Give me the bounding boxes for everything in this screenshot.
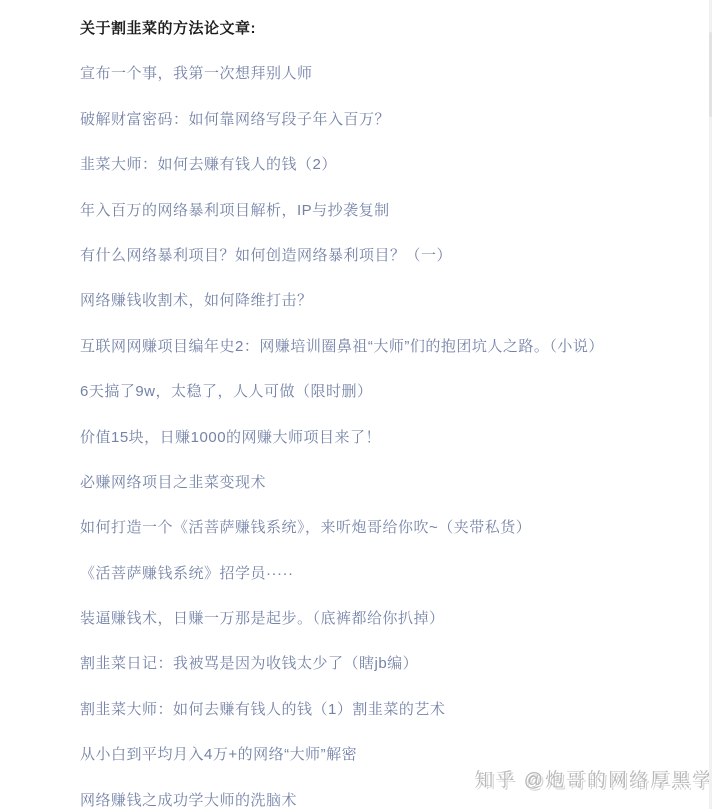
article-link[interactable]: 有什么网络暴利项目？如何创造网络暴利项目？（一） — [80, 246, 700, 266]
article-body: 关于割韭菜的方法论文章: 宣布一个事，我第一次想拜别人师破解财富密码：如何靠网络… — [0, 0, 700, 809]
article-link[interactable]: 年入百万的网络暴利项目解析，IP与抄袭复制 — [80, 201, 700, 221]
scrollbar-track[interactable] — [709, 0, 712, 809]
scrollbar-thumb[interactable] — [709, 32, 712, 117]
article-link[interactable]: 网络赚钱之成功学大师的洗脑术 — [80, 791, 700, 809]
article-link[interactable]: 6天搞了9w，太稳了，人人可做（限时删） — [80, 382, 700, 402]
article-link[interactable]: 价值15块，日赚1000的网赚大师项目来了！ — [80, 428, 700, 448]
article-link[interactable]: 从小白到平均月入4万+的网络“大师”解密 — [80, 745, 700, 765]
article-link[interactable]: 装逼赚钱术，日赚一万那是起步。（底裤都给你扒掉） — [80, 609, 700, 629]
article-link[interactable]: 《活菩萨赚钱系统》招学员····· — [80, 564, 700, 584]
article-link[interactable]: 割韭菜日记：我被骂是因为收钱太少了（瞎jb编） — [80, 654, 700, 674]
article-link[interactable]: 破解财富密码：如何靠网络写段子年入百万？ — [80, 110, 700, 130]
article-link-list: 宣布一个事，我第一次想拜别人师破解财富密码：如何靠网络写段子年入百万？韭菜大师：… — [80, 64, 700, 809]
article-link[interactable]: 宣布一个事，我第一次想拜别人师 — [80, 64, 700, 84]
article-link[interactable]: 网络赚钱收割术，如何降维打击？ — [80, 291, 700, 311]
section-heading: 关于割韭菜的方法论文章: — [80, 19, 700, 39]
article-link[interactable]: 互联网网赚项目编年史2：网赚培训圈鼻祖“大师”们的抱团坑人之路。（小说） — [80, 337, 700, 357]
article-link[interactable]: 如何打造一个《活菩萨赚钱系统》，来听炮哥给你吹~（夹带私货） — [80, 518, 700, 538]
article-link[interactable]: 必赚网络项目之韭菜变现术 — [80, 473, 700, 493]
article-link[interactable]: 韭菜大师：如何去赚有钱人的钱（2） — [80, 155, 700, 175]
article-link[interactable]: 割韭菜大师：如何去赚有钱人的钱（1）割韭菜的艺术 — [80, 700, 700, 720]
